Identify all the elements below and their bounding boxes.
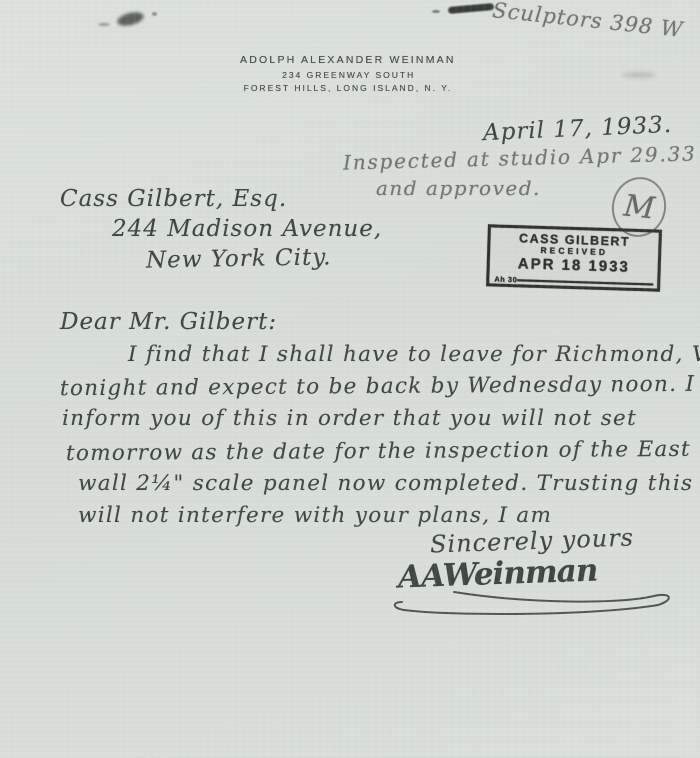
letterhead-city: FOREST HILLS, LONG ISLAND, N. Y. xyxy=(244,83,453,93)
body-line: tomorrow as the date for the inspection … xyxy=(66,437,691,466)
letterhead-name: ADOLPH ALEXANDER WEINMAN xyxy=(240,54,456,66)
ink-speck xyxy=(432,10,440,13)
inspection-note-line2: and approved. xyxy=(376,176,541,200)
ink-speck xyxy=(152,12,157,16)
body-line: inform you of this in order that you wil… xyxy=(62,406,637,431)
inspection-note-line1: Inspected at studio Apr 29.33 xyxy=(343,141,697,174)
ink-smudge-top-left xyxy=(116,10,145,28)
ink-speck xyxy=(98,23,110,26)
inspector-initials: M xyxy=(622,188,656,226)
signature-flourish xyxy=(390,590,676,618)
archival-pencil-inscription: Sculptors 398 W xyxy=(491,0,684,42)
recipient-street: 244 Madison Avenue, xyxy=(112,216,382,242)
closing: Sincerely yours xyxy=(430,523,635,558)
salutation: Dear Mr. Gilbert: xyxy=(60,309,277,335)
faint-smudge-right xyxy=(622,72,656,78)
scanned-letter-page: Sculptors 398 W ADOLPH ALEXANDER WEINMAN… xyxy=(0,0,700,758)
body-line: tonight and expect to be back by Wednesd… xyxy=(60,372,695,401)
letterhead-street: 234 GREENWAY SOUTH xyxy=(282,70,415,80)
stamp-underline xyxy=(517,279,653,285)
recipient-city: New York City. xyxy=(146,244,332,273)
body-line: will not interfere with your plans, I am xyxy=(78,503,552,528)
body-line: wall 2¼" scale panel now completed. Trus… xyxy=(78,471,693,496)
stamp-time-note: Ah 30 xyxy=(494,275,517,285)
recipient-name: Cass Gilbert, Esq. xyxy=(60,186,287,212)
received-stamp: CASS GILBERT RECEIVED APR 18 1933 Ah 30 xyxy=(486,224,662,291)
body-line: I find that I shall have to leave for Ri… xyxy=(128,342,700,367)
ink-smudge-top-right xyxy=(448,3,494,14)
letter-date: April 17, 1933. xyxy=(483,112,673,146)
